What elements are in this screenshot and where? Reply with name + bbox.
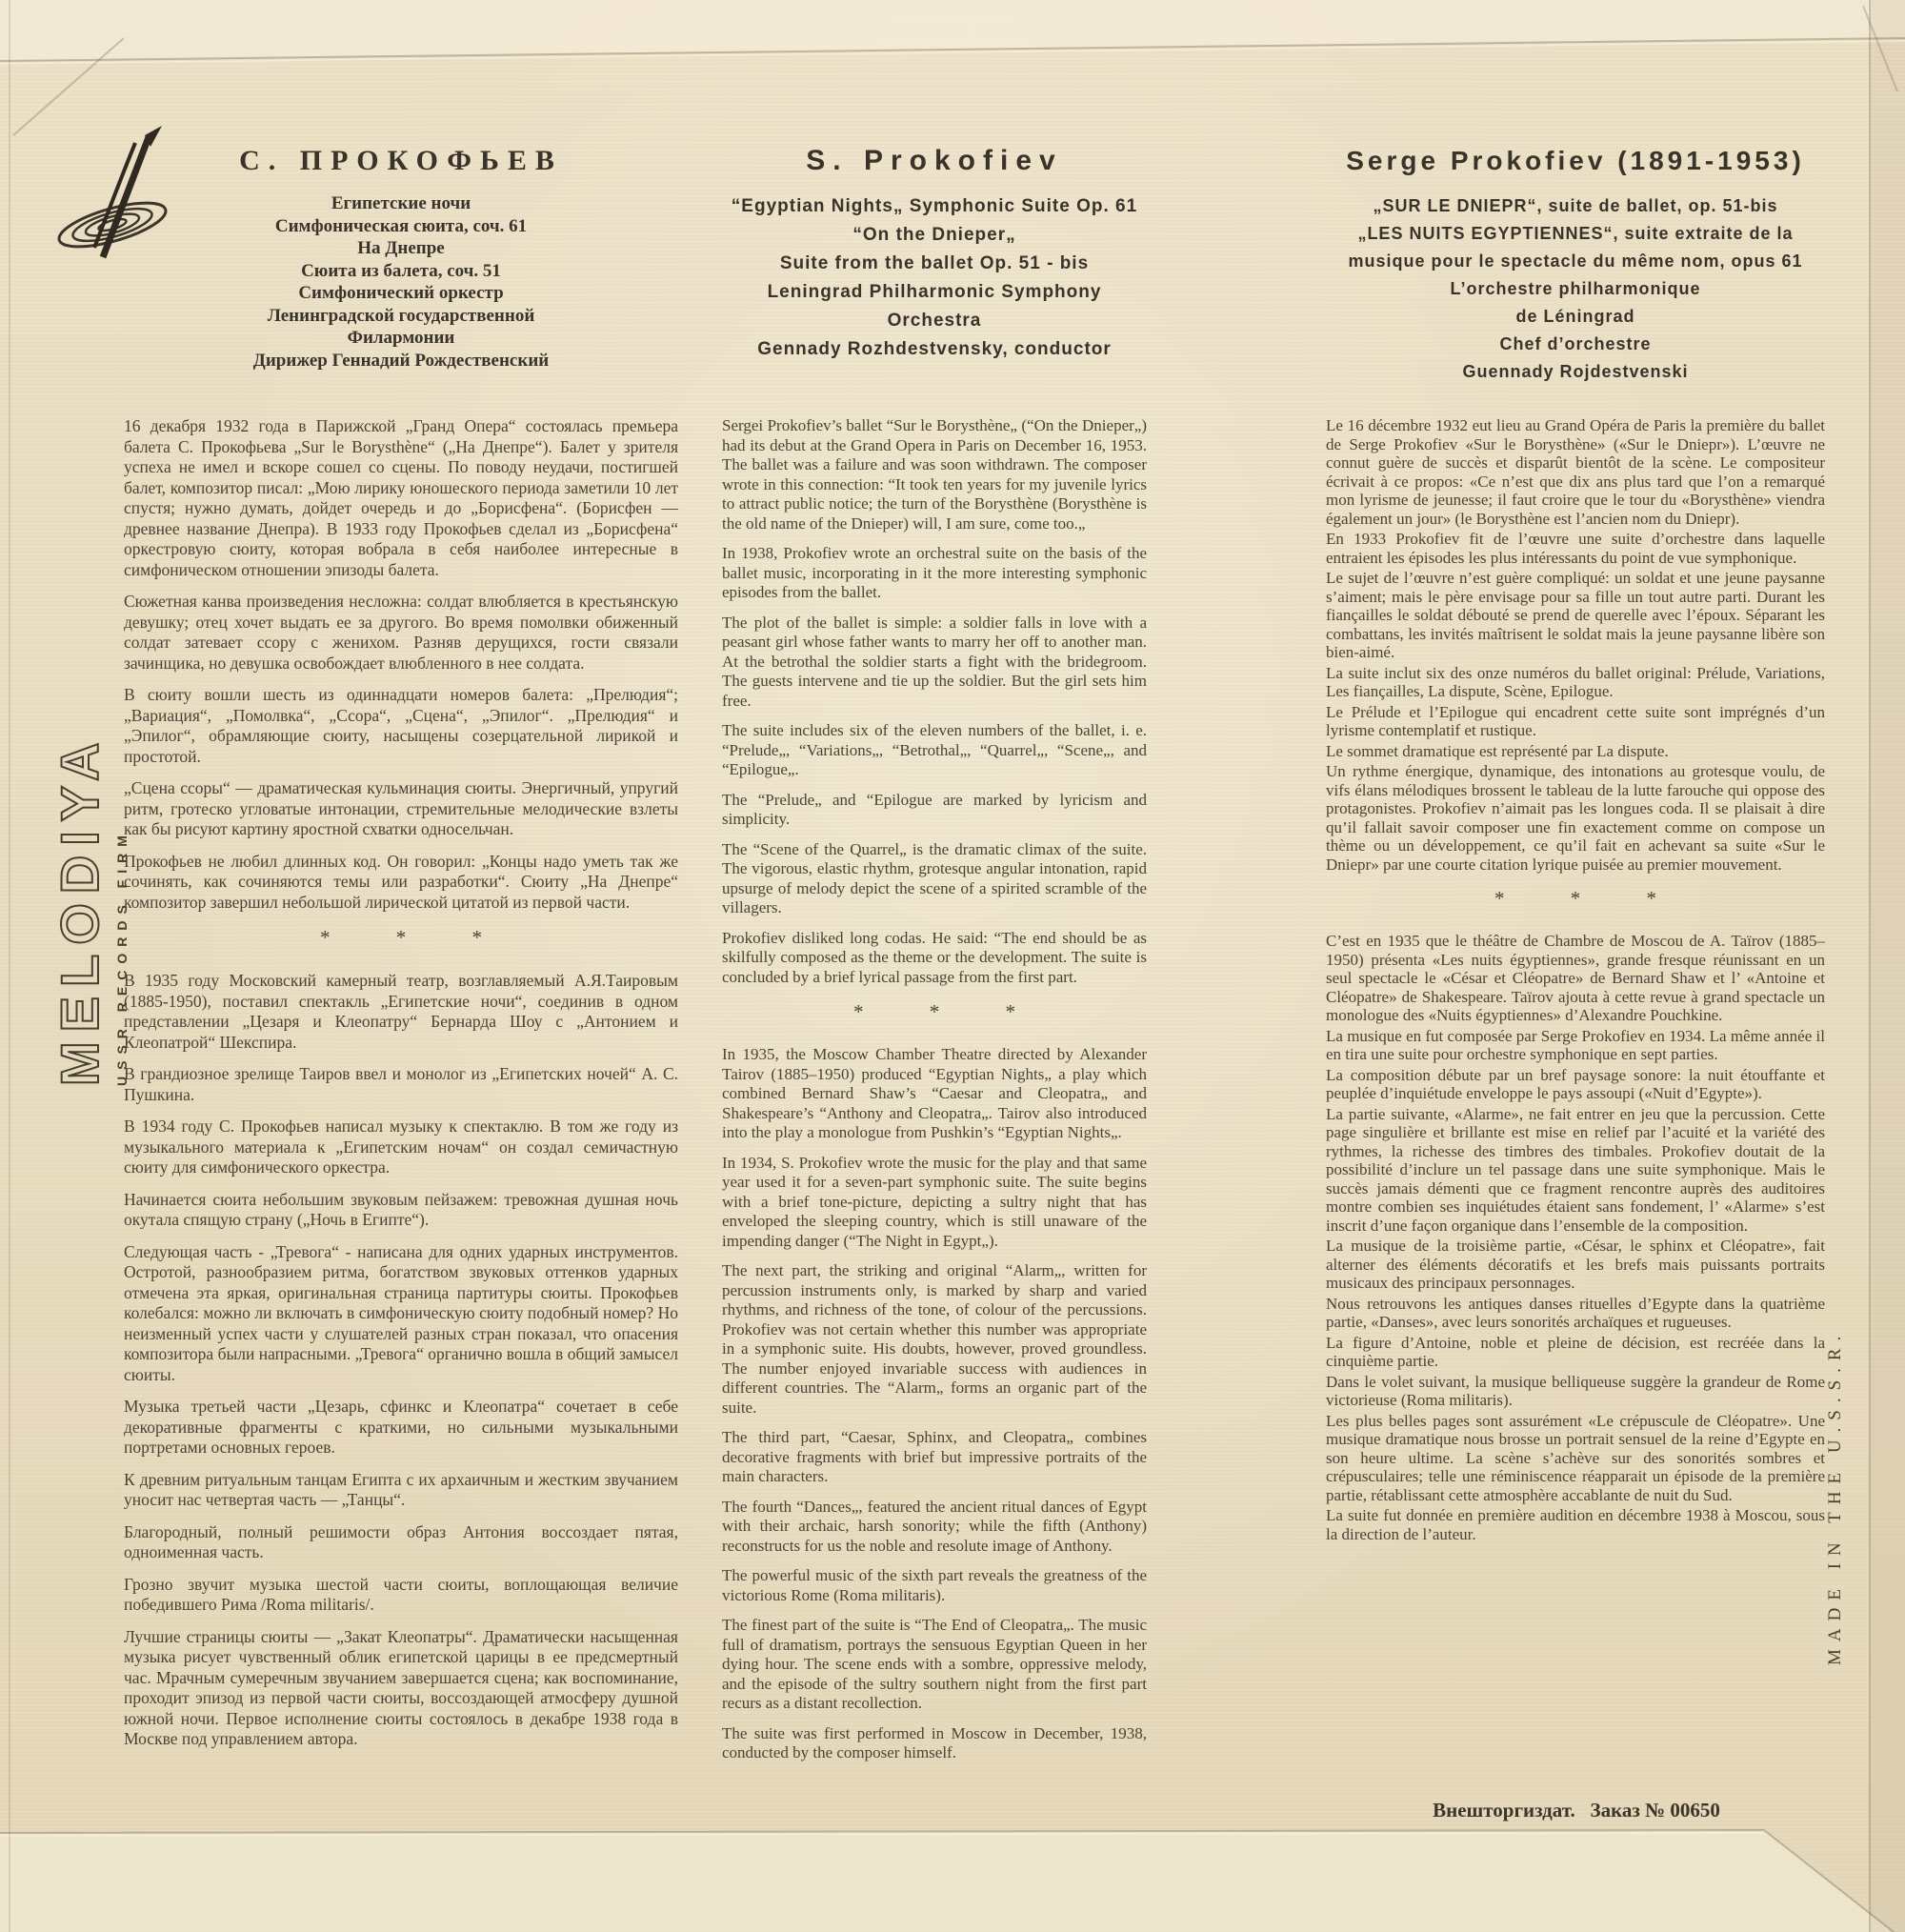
paragraph: В 1934 году С. Прокофьев написал музыку … [124, 1117, 678, 1178]
paragraph: Guennady Rojdestvenski [1326, 358, 1825, 386]
made-in-ussr-vertical-text: MADE IN THE U.S.S.R. [1825, 1170, 1846, 1665]
russian-notes-part2: В 1935 году Московский камерный театр, в… [124, 971, 678, 1750]
paragraph: „LES NUITS EGYPTIENNES“, suite extraite … [1326, 220, 1825, 248]
english-title: S. Prokofiev [722, 145, 1147, 177]
paragraph: La figure d’Antoine, noble et pleine de … [1326, 1334, 1825, 1371]
paragraph: Грозно звучит музыка шестой части сюиты,… [124, 1575, 678, 1616]
russian-header: С. ПРОКОФЬЕВ Египетские ночиСимфоническа… [124, 145, 678, 372]
paragraph: La composition débute par un bref paysag… [1326, 1066, 1825, 1103]
paragraph: Le sommet dramatique est représenté par … [1326, 742, 1825, 761]
paragraph: In 1934, S. Prokofiev wrote the music fo… [722, 1154, 1147, 1252]
paragraph: The third part, “Caesar, Sphinx, and Cle… [722, 1428, 1147, 1487]
publisher-imprint: Внешторгиздат. Заказ № 00650 [1400, 1799, 1753, 1822]
paragraph: “Egyptian Nights„ Symphonic Suite Op. 61 [722, 192, 1147, 221]
paragraph: Le 16 décembre 1932 eut lieu au Grand Op… [1326, 416, 1825, 528]
paragraph: Благородный, полный решимости образ Анто… [124, 1522, 678, 1563]
paragraph: 16 декабря 1932 года в Парижской „Гранд … [124, 416, 678, 580]
french-header-lines: „SUR LE DNIEPR“, suite de ballet, op. 51… [1326, 192, 1825, 386]
paragraph: Suite from the ballet Op. 51 - bis [722, 250, 1147, 278]
paragraph: Симфоническая сюита, соч. 61 [124, 215, 678, 238]
column-french: Serge Prokofiev (1891-1953) „SUR LE DNIE… [1326, 0, 1825, 1932]
french-title: Serge Prokofiev (1891-1953) [1326, 145, 1825, 177]
russian-body: 16 декабря 1932 года в Парижской „Гранд … [124, 416, 678, 1761]
paragraph: “On the Dnieper„ [722, 221, 1147, 250]
column-russian: С. ПРОКОФЬЕВ Египетские ночиСимфоническа… [124, 0, 678, 1932]
paragraph: The “Prelude„ and “Epilogue are marked b… [722, 791, 1147, 830]
paragraph: Лучшие страницы сюиты — „Закат Клеопатры… [124, 1627, 678, 1750]
brand-vertical-text: MELODIYA USSR RECORDS FIRM [53, 533, 130, 1086]
russian-notes-part1: 16 декабря 1932 года в Парижской „Гранд … [124, 416, 678, 913]
asterisk-separator: * * * [124, 926, 678, 950]
english-notes-part1: Sergei Prokofiev’s ballet “Sur le Boryst… [722, 416, 1147, 987]
paragraph: Sergei Prokofiev’s ballet “Sur le Boryst… [722, 416, 1147, 533]
column-english: S. Prokofiev “Egyptian Nights„ Symphonic… [722, 0, 1147, 1932]
paragraph: К древним ритуальным танцам Египта с их … [124, 1470, 678, 1511]
french-body: Le 16 décembre 1932 eut lieu au Grand Op… [1326, 416, 1825, 1545]
paragraph: La suite fut donnée en première audition… [1326, 1506, 1825, 1543]
paragraph: Prokofiev disliked long codas. He said: … [722, 929, 1147, 988]
paragraph: Nous retrouvons les antiques danses ritu… [1326, 1295, 1825, 1332]
english-body: Sergei Prokofiev’s ballet “Sur le Boryst… [722, 416, 1147, 1774]
english-notes-part2: In 1935, the Moscow Chamber Theatre dire… [722, 1045, 1147, 1763]
paragraph: В 1935 году Московский камерный театр, в… [124, 971, 678, 1053]
paragraph: La musique de la troisième partie, «Césa… [1326, 1237, 1825, 1293]
brand-name: MELODIYA [53, 533, 107, 1086]
paragraph: The fourth “Dances„, featured the ancien… [722, 1498, 1147, 1557]
paragraph: Музыка третьей части „Цезарь, сфинкс и К… [124, 1397, 678, 1459]
asterisk-separator: * * * [722, 1000, 1147, 1024]
paragraph: „Сцена ссоры“ — драматическая кульминаци… [124, 778, 678, 840]
paragraph: Дирижер Геннадий Рождественский [124, 350, 678, 372]
paragraph: Начинается сюита небольшим звуковым пейз… [124, 1190, 678, 1231]
paragraph: Le sujet de l’œuvre n’est guère compliqu… [1326, 569, 1825, 662]
paragraph: Le Prélude et l’Epilogue qui encadrent c… [1326, 703, 1825, 740]
paragraph: musique pour le spectacle du même nom, o… [1326, 248, 1825, 275]
paragraph: Симфонический оркестр [124, 282, 678, 305]
paragraph: In 1935, the Moscow Chamber Theatre dire… [722, 1045, 1147, 1143]
paragraph: Les plus belles pages sont assurément «L… [1326, 1412, 1825, 1505]
russian-header-lines: Египетские ночиСимфоническая сюита, соч.… [124, 192, 678, 372]
french-header: Serge Prokofiev (1891-1953) „SUR LE DNIE… [1326, 145, 1825, 386]
paragraph: The finest part of the suite is “The End… [722, 1616, 1147, 1714]
paragraph: L’orchestre philharmonique [1326, 275, 1825, 303]
paragraph: Прокофьев не любил длинных код. Он говор… [124, 852, 678, 914]
english-header: S. Prokofiev “Egyptian Nights„ Symphonic… [722, 145, 1147, 364]
paragraph: The suite was first performed in Moscow … [722, 1724, 1147, 1763]
paragraph: Un rythme énergique, dynamique, des into… [1326, 762, 1825, 874]
paragraph: C’est en 1935 que le théâtre de Chambre … [1326, 932, 1825, 1025]
paragraph: Следующая часть - „Тревога“ - написана д… [124, 1242, 678, 1386]
paragraph: „SUR LE DNIEPR“, suite de ballet, op. 51… [1326, 192, 1825, 220]
paragraph: Филармонии [124, 327, 678, 350]
paragraph: Chef d’orchestre [1326, 331, 1825, 358]
paragraph: Египетские ночи [124, 192, 678, 215]
paragraph: Сюита из балета, соч. 51 [124, 260, 678, 283]
paragraph: de Léningrad [1326, 303, 1825, 331]
paragraph: На Днепре [124, 237, 678, 260]
paragraph: Ленинградской государственной [124, 305, 678, 328]
record-sleeve-back: MELODIYA USSR RECORDS FIRM С. ПРОКОФЬЕВ … [0, 0, 1905, 1932]
paragraph: В грандиозное зрелище Таиров ввел и моно… [124, 1064, 678, 1105]
asterisk-separator: * * * [1326, 887, 1825, 911]
paragraph: En 1933 Prokofiev fit de l’œuvre une sui… [1326, 530, 1825, 567]
paragraph: La musique en fut composée par Serge Pro… [1326, 1027, 1825, 1064]
paragraph: The next part, the striking and original… [722, 1261, 1147, 1418]
paragraph: Dans le volet suivant, la musique belliq… [1326, 1373, 1825, 1410]
paragraph: The plot of the ballet is simple: a sold… [722, 614, 1147, 712]
paragraph: Gennady Rozhdestvensky, conductor [722, 335, 1147, 364]
english-header-lines: “Egyptian Nights„ Symphonic Suite Op. 61… [722, 192, 1147, 364]
paragraph: The suite includes six of the eleven num… [722, 721, 1147, 780]
paragraph: Leningrad Philharmonic Symphony Orchestr… [722, 278, 1147, 335]
russian-title: С. ПРОКОФЬЕВ [124, 145, 678, 177]
paragraph: The “Scene of the Quarrel„ is the dramat… [722, 840, 1147, 918]
paragraph: The powerful music of the sixth part rev… [722, 1566, 1147, 1605]
paragraph: Сюжетная канва произведения несложна: со… [124, 592, 678, 674]
paragraph: La suite inclut six des onze numéros du … [1326, 664, 1825, 701]
paragraph: La partie suivante, «Alarme», ne fait en… [1326, 1105, 1825, 1236]
french-notes-part1: Le 16 décembre 1932 eut lieu au Grand Op… [1326, 416, 1825, 874]
paragraph: In 1938, Prokofiev wrote an orchestral s… [722, 544, 1147, 603]
paragraph: В сюиту вошли шесть из одиннадцати номер… [124, 685, 678, 767]
french-notes-part2: C’est en 1935 que le théâtre de Chambre … [1326, 932, 1825, 1543]
